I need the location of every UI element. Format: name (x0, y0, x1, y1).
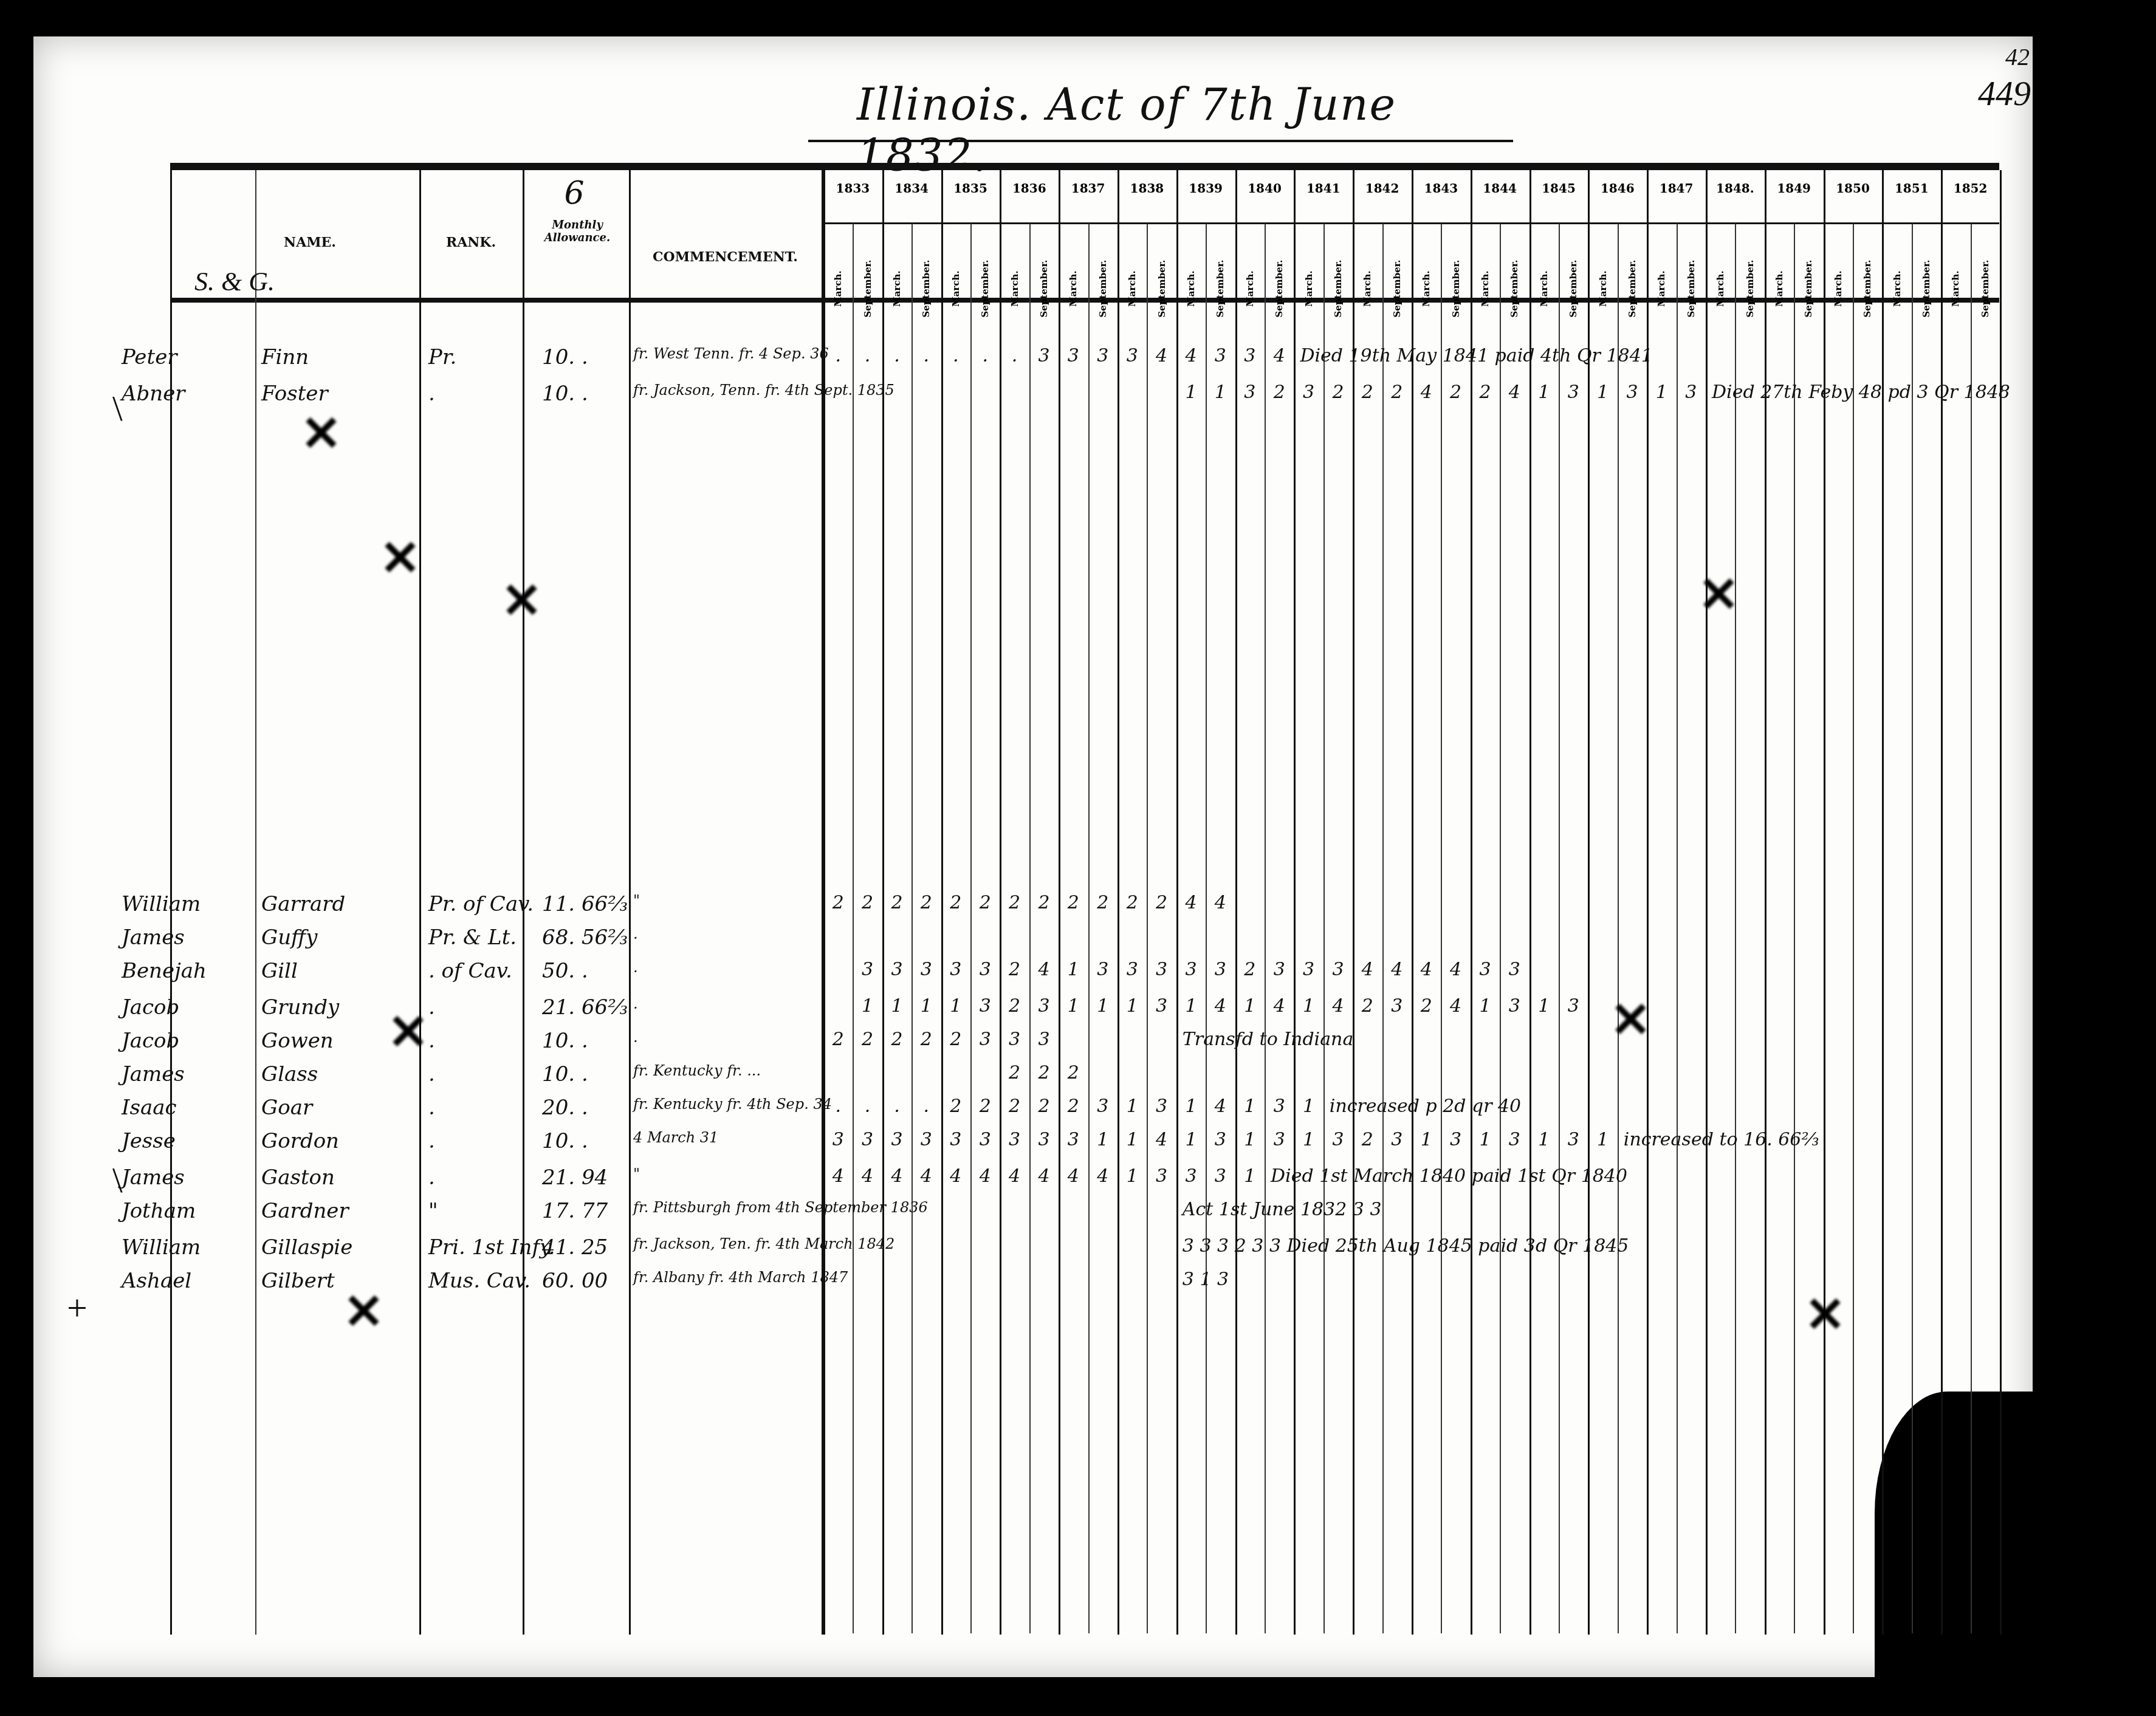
payment-cell: . (882, 345, 911, 366)
month-label: March. (1950, 270, 1961, 307)
month-header: September. (911, 227, 941, 297)
payment-cell: 3 (1677, 382, 1706, 403)
month-header: September. (1029, 227, 1059, 297)
rank: . (428, 1129, 435, 1153)
payment-cell: 4 (1176, 345, 1206, 366)
year-header: 1843 (1412, 181, 1471, 205)
table-row: IsaacGoar.20. .fr. Kentucky fr. 4th Sep.… (170, 1096, 1999, 1126)
payment-cell: 2 (970, 1096, 1000, 1117)
payment-cell: 4 (1147, 345, 1176, 366)
monthly-allowance: 10. . (542, 1029, 588, 1053)
payment-cell: 3 (1206, 959, 1235, 980)
payment-cell: 3 (970, 1029, 1000, 1050)
payment-cell: 3 (853, 1129, 882, 1150)
month-header: September. (1853, 227, 1882, 297)
commencement: " (633, 1165, 640, 1182)
payment-cell: 2 (1000, 959, 1029, 980)
first-name: James (122, 1062, 185, 1086)
month-label: March. (1245, 270, 1255, 307)
payment-cell: 4 (1088, 1165, 1117, 1187)
payment-cell: 2 (1412, 995, 1441, 1017)
payment-cell: 4 (1412, 959, 1441, 980)
year-header: 1844 (1471, 181, 1529, 205)
payment-cell: 3 (1235, 382, 1265, 403)
remark: Act 1st June 1832 3 3 (1183, 1199, 1382, 1220)
first-name: Jacob (122, 1029, 179, 1053)
payment-cell: 4 (1206, 995, 1235, 1017)
payment-cell: 2 (1353, 1129, 1382, 1150)
payment-cell: 1 (1176, 995, 1206, 1017)
payment-cell: 4 (882, 1165, 911, 1187)
month-header: September. (1088, 227, 1117, 297)
payment-cell: 2 (1441, 382, 1470, 403)
payment-cell: . (941, 345, 970, 366)
payment-cell: 3 (1206, 1129, 1235, 1150)
payment-cell: 3 (1059, 345, 1088, 366)
month-header: September. (1500, 227, 1529, 297)
last-name: Gilbert (261, 1269, 335, 1293)
last-name: Guffy (261, 925, 317, 950)
first-name: Benejah (122, 959, 207, 983)
payment-cell: 1 (1088, 1129, 1117, 1150)
table-row: WilliamGarrardPr. of Cav.11. 66⅔"2222222… (170, 892, 1999, 922)
last-name: Gowen (261, 1029, 334, 1053)
payment-cell: 3 (970, 1129, 1000, 1150)
payment-cell: 3 (1382, 1129, 1412, 1150)
x-mark: ✕ (2072, 535, 2103, 577)
payment-cell: 2 (823, 1029, 853, 1050)
payment-cell: 2 (853, 892, 882, 913)
month-label: March. (950, 270, 961, 307)
payment-cell: 2 (1235, 959, 1265, 980)
x-mark: ✕ (380, 538, 410, 580)
name-header: NAME. (249, 235, 371, 250)
payment-cell: 4 (1412, 382, 1441, 403)
payment-cell: 3 (1235, 345, 1265, 366)
month-header: September. (1323, 227, 1353, 297)
payment-cell: 4 (1206, 892, 1235, 913)
check-mark: \ (112, 1159, 123, 1201)
payment-cell: . (823, 345, 853, 366)
rank: . (428, 995, 435, 1020)
allowance-number: 6 (556, 175, 592, 211)
commencement: . (633, 959, 638, 976)
month-header: March. (1529, 227, 1559, 297)
month-header: March. (1588, 227, 1617, 297)
monthly-allowance: 60. 00 (542, 1269, 608, 1293)
check-mark: + (67, 1287, 88, 1329)
payment-cell: 1 (1412, 1129, 1441, 1150)
payment-cell: 3 (882, 1129, 911, 1150)
payment-cell: 3 (1059, 1129, 1088, 1150)
month-label: March. (1303, 270, 1314, 307)
rank: Pr. & Lt. (428, 925, 517, 950)
payment-cell: 4 (1176, 892, 1206, 913)
payment-cell: 2 (1471, 382, 1500, 403)
month-header: September. (1441, 227, 1470, 297)
payment-cell: 3 (1500, 1129, 1529, 1150)
payment-cell: 4 (853, 1165, 882, 1187)
month-label: March. (1068, 270, 1079, 307)
payment-cell: 3 (1471, 959, 1500, 980)
payment-cell: 2 (823, 892, 853, 913)
rank: . (428, 382, 435, 406)
commencement: fr. Kentucky fr. ... (633, 1062, 761, 1079)
month-label: September. (1568, 260, 1579, 318)
remark: Transfd to Indiana (1183, 1029, 1354, 1050)
last-name: Gill (261, 959, 298, 983)
payment-cell: 3 (882, 959, 911, 980)
payment-cell: 1 (882, 995, 911, 1017)
payment-cell: 2 (1029, 892, 1059, 913)
rank: . (428, 1096, 435, 1120)
year-header: 1849 (1765, 181, 1824, 205)
year-header: 1840 (1235, 181, 1294, 205)
year-header: 1848. (1706, 181, 1765, 205)
month-label: March. (1421, 270, 1432, 307)
rank: . of Cav. (428, 959, 512, 983)
x-mark: ✕ (1805, 1294, 1835, 1337)
month-label: September. (1097, 260, 1108, 318)
payment-cell: 1 (911, 995, 941, 1017)
payment-cell: 3 (1500, 959, 1529, 980)
allowance-header: Monthly Allowance. (535, 219, 620, 244)
month-header: March. (1471, 227, 1500, 297)
payment-cell: 2 (1117, 892, 1147, 913)
table-row: JacobGowen.10. ..22222333Transfd to Indi… (170, 1029, 1999, 1059)
payment-cell: 2 (882, 1029, 911, 1050)
payment-cell: 2 (1000, 892, 1029, 913)
last-name: Garrard (261, 892, 345, 916)
month-header: March. (1412, 227, 1441, 297)
month-label: September. (1686, 260, 1697, 318)
month-header: September. (1677, 227, 1706, 297)
table-row: PeterFinnPr.10. .fr. West Tenn. fr. 4 Se… (170, 345, 1999, 376)
payment-cell: 1 (1588, 1129, 1617, 1150)
payment-cell: 2 (941, 892, 970, 913)
payment-cell: 3 (1265, 1129, 1294, 1150)
first-name: Jesse (122, 1129, 176, 1153)
payment-cell: 1 (1117, 1165, 1147, 1187)
x-mark: ✕ (1610, 1000, 1641, 1042)
payment-cell: 1 (1176, 1129, 1206, 1150)
first-name: William (122, 892, 201, 916)
month-label: September. (862, 260, 873, 318)
first-name: Peter (122, 345, 177, 369)
payment-cell: 1 (1206, 382, 1235, 403)
month-label: March. (833, 270, 843, 307)
payment-cell: 4 (1323, 995, 1353, 1017)
payment-cell: 1 (1117, 1096, 1147, 1117)
x-mark: ✕ (343, 1291, 374, 1334)
month-label: September. (1039, 260, 1049, 318)
monthly-allowance: 21. 94 (542, 1165, 608, 1190)
month-label: March. (1362, 270, 1373, 307)
payment-cell: 1 (1088, 995, 1117, 1017)
payment-cell: 1 (1235, 1165, 1265, 1187)
payment-cell: 2 (941, 1029, 970, 1050)
month-label: September. (1745, 260, 1756, 318)
payment-cell: 1 (1471, 1129, 1500, 1150)
payment-cell: 1 (1235, 1129, 1265, 1150)
last-name: Gillaspie (261, 1235, 352, 1260)
payment-cell: 4 (1029, 959, 1059, 980)
last-name: Finn (261, 345, 309, 369)
payment-cell: 2 (1000, 995, 1029, 1017)
payment-cell: 1 (1059, 995, 1088, 1017)
monthly-allowance: 21. 66⅔ (542, 995, 628, 1020)
month-header: September. (1559, 227, 1588, 297)
month-header: March. (1824, 227, 1853, 297)
remark: Died 1st March 1840 paid 1st Qr 1840 (1271, 1165, 1627, 1187)
payment-cell: 2 (1323, 382, 1353, 403)
payment-cell: . (853, 345, 882, 366)
name-section-note: S. & G. (194, 266, 275, 297)
month-label: September. (1274, 260, 1285, 318)
x-mark: ✕ (501, 580, 532, 623)
commencement: . (633, 1029, 638, 1046)
monthly-allowance: 50. . (542, 959, 588, 983)
payment-cell: 1 (1235, 995, 1265, 1017)
monthly-allowance: 10. . (542, 382, 588, 406)
payment-cell: 3 (941, 1129, 970, 1150)
month-label: September. (921, 260, 932, 318)
month-label: March. (1656, 270, 1667, 307)
monthly-allowance: 11. 66⅔ (542, 892, 628, 916)
payment-cell: 1 (1647, 382, 1676, 403)
month-label: March. (1127, 270, 1138, 307)
month-label: September. (1921, 260, 1932, 318)
payment-cell: 2 (1000, 1062, 1029, 1083)
commencement: fr. Jackson, Tenn. fr. 4th Sept. 1835 (633, 382, 894, 399)
payment-cell: . (823, 1096, 853, 1117)
payment-cell: 3 (1029, 1129, 1059, 1150)
monthly-allowance: 41. 25 (542, 1235, 608, 1260)
year-header: 1850 (1824, 181, 1883, 205)
payment-cell: 2 (1353, 382, 1382, 403)
payment-cell: 2 (1265, 382, 1294, 403)
commencement: " (633, 892, 640, 909)
commencement: . (633, 925, 638, 942)
payment-cell: 3 (1294, 382, 1323, 403)
month-header: September. (853, 227, 882, 297)
month-header: March. (1353, 227, 1382, 297)
payment-cell: 2 (1059, 1062, 1088, 1083)
year-header: 1846 (1588, 181, 1647, 205)
payment-cell: 2 (1353, 995, 1382, 1017)
month-label: September. (980, 260, 990, 318)
rank: Pr. of Cav. (428, 892, 534, 916)
payment-cell: 3 (911, 1129, 941, 1150)
month-label: March. (1009, 270, 1020, 307)
month-header: March. (1765, 227, 1794, 297)
payment-cell: . (853, 1096, 882, 1117)
month-header: September. (1618, 227, 1647, 297)
payment-cell: 4 (1029, 1165, 1059, 1187)
year-header: 1851 (1882, 181, 1941, 205)
pension-ledger-table: NAME. S. & G. RANK. 6 Monthly Allowance.… (170, 163, 1999, 1633)
month-header: March. (1706, 227, 1735, 297)
commencement: fr. Pittsburgh from 4th September 1836 (633, 1199, 928, 1216)
payment-cell: 1 (1588, 382, 1617, 403)
payment-cell: 3 (1323, 959, 1353, 980)
payment-cell: 4 (823, 1165, 853, 1187)
year-header: 1842 (1353, 181, 1412, 205)
rank: . (428, 1062, 435, 1086)
payment-cell: 4 (1265, 345, 1294, 366)
table-row: JothamGardner"17. 77fr. Pittsburgh from … (170, 1199, 1999, 1229)
payment-cell: 4 (1382, 959, 1412, 980)
page-title: Illinois. Act of 7th June 1832. (808, 73, 1513, 142)
month-label: March. (1539, 270, 1550, 307)
month-label: September. (1803, 260, 1814, 318)
table-row: JesseGordon.10. .4 March 313333333331141… (170, 1129, 1999, 1159)
commencement-header: COMMENCEMENT. (629, 249, 822, 265)
payment-cell: 3 (1500, 995, 1529, 1017)
month-header: September. (1912, 227, 1941, 297)
payment-cell: 2 (853, 1029, 882, 1050)
payment-cell: . (911, 1096, 941, 1117)
payment-cell: 2 (1029, 1062, 1059, 1083)
payment-cell: 2 (941, 1096, 970, 1117)
payment-cell: 4 (1441, 995, 1470, 1017)
payment-cell: 2 (1088, 892, 1117, 913)
x-mark: ✕ (301, 413, 331, 456)
commencement: . (633, 995, 638, 1012)
payment-cell: 1 (1117, 995, 1147, 1017)
payment-cell: 1 (1176, 382, 1206, 403)
first-name: James (122, 1165, 185, 1190)
payment-cell: 3 (1029, 995, 1059, 1017)
rank: Pr. (428, 345, 456, 369)
payment-cell: 1 (941, 995, 970, 1017)
payment-cell: 3 (1147, 995, 1176, 1017)
month-header: March. (1294, 227, 1323, 297)
first-name: William (122, 1235, 201, 1260)
last-name: Gaston (261, 1165, 335, 1190)
payment-cell: 1 (1529, 995, 1559, 1017)
year-header: 1838 (1117, 181, 1176, 205)
year-header: 1835 (941, 181, 1000, 205)
payment-cell: 4 (970, 1165, 1000, 1187)
payment-cell: 3 (970, 959, 1000, 980)
payment-cell: 3 (1029, 345, 1059, 366)
check-mark: \ (112, 388, 123, 430)
month-header: September. (970, 227, 1000, 297)
payment-cell: 2 (1059, 892, 1088, 913)
payment-cell: 4 (1353, 959, 1382, 980)
year-header: 1833 (823, 181, 882, 205)
payment-cell: 3 (1117, 959, 1147, 980)
payment-cell: 4 (1000, 1165, 1029, 1187)
month-header: March. (1000, 227, 1029, 297)
month-label: September. (1392, 260, 1402, 318)
month-header: September. (1382, 227, 1412, 297)
payment-cell: 4 (1500, 382, 1529, 403)
month-label: March. (1892, 270, 1903, 307)
payment-cell: 1 (1117, 1129, 1147, 1150)
year-header: 1845 (1529, 181, 1588, 205)
table-row: JacobGrundy.21. 66⅔.11113231113141414232… (170, 995, 1999, 1026)
payment-cell: 3 (1294, 959, 1323, 980)
remark: 3 1 3 (1183, 1269, 1229, 1290)
payment-cell: 3 (1441, 1129, 1470, 1150)
payment-cell: 1 (1059, 959, 1088, 980)
last-name: Gardner (261, 1199, 349, 1223)
first-name: Abner (122, 382, 185, 406)
month-header: March. (941, 227, 970, 297)
last-name: Grundy (261, 995, 339, 1020)
x-mark: ✕ (388, 1012, 418, 1054)
month-label: September. (1627, 260, 1638, 318)
payment-cell: 3 (853, 959, 882, 980)
remark: 3 3 3 2 3 3 Died 25th Aug 1845 paid 3d Q… (1183, 1235, 1629, 1257)
x-mark: ✕ (2057, 416, 2087, 459)
year-header: 1839 (1176, 181, 1235, 205)
header-top-rule (170, 163, 1999, 170)
month-label: March. (1598, 270, 1608, 307)
month-label: March. (1774, 270, 1785, 307)
year-header: 1852 (1941, 181, 2000, 205)
table-row: JamesGlass.10. .fr. Kentucky fr. ...222 (170, 1062, 1999, 1093)
month-header: March. (1647, 227, 1676, 297)
payment-cell: 3 (1559, 382, 1588, 403)
month-header: March. (1235, 227, 1265, 297)
payment-cell: 2 (1000, 1096, 1029, 1117)
remark: increased to 16. 66⅔ (1624, 1129, 1819, 1150)
payment-cell: 3 (1323, 1129, 1353, 1150)
payment-cell: . (970, 345, 1000, 366)
year-header: 1834 (882, 181, 941, 205)
payment-cell: 1 (1294, 1129, 1323, 1150)
payment-cell: 3 (1088, 345, 1117, 366)
month-header: March. (1117, 227, 1147, 297)
last-name: Gordon (261, 1129, 339, 1153)
page-number: 449 (1978, 73, 2031, 114)
payment-cell: 3 (970, 995, 1000, 1017)
table-row: BenejahGill. of Cav.50. ..33333241333332… (170, 959, 1999, 989)
payment-cell: 2 (1029, 1096, 1059, 1117)
month-header: September. (1971, 227, 2000, 297)
month-header: September. (1735, 227, 1764, 297)
remark: increased p 2d qr 40 (1330, 1096, 1521, 1117)
payment-cell: 3 (1147, 1165, 1176, 1187)
payment-cell: 3 (1147, 1096, 1176, 1117)
first-name: Jotham (122, 1199, 196, 1223)
payment-cell: 3 (1117, 345, 1147, 366)
payment-cell: 1 (1529, 382, 1559, 403)
monthly-allowance: 20. . (542, 1096, 588, 1120)
payment-cell: 4 (941, 1165, 970, 1187)
rank: " (428, 1199, 438, 1223)
payment-cell: . (1000, 345, 1029, 366)
month-header: March. (1882, 227, 1911, 297)
year-header: 1847 (1647, 181, 1706, 205)
payment-cell: 3 (1206, 345, 1235, 366)
payment-cell: 2 (970, 892, 1000, 913)
month-header: September. (1147, 227, 1176, 297)
month-label: March. (1833, 270, 1844, 307)
table-row: AbnerFoster.10. .fr. Jackson, Tenn. fr. … (170, 382, 1999, 412)
month-label: September. (1509, 260, 1520, 318)
commencement: fr. Kentucky fr. 4th Sep. 34 (633, 1096, 832, 1113)
table-row: JamesGuffyPr. & Lt.68. 56⅔. (170, 925, 1999, 956)
payment-cell: . (911, 345, 941, 366)
table-row: WilliamGillaspiePri. 1st Infy.41. 25fr. … (170, 1235, 1999, 1266)
payment-cell: 3 (1618, 382, 1647, 403)
month-label: September. (1156, 260, 1167, 318)
last-name: Glass (261, 1062, 318, 1086)
